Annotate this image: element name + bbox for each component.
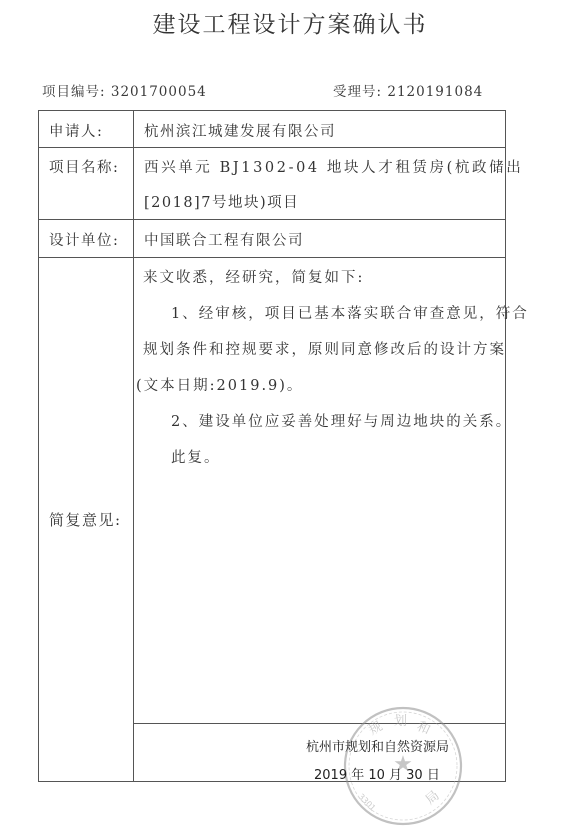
- reply-opinion-label: 简复意见:: [49, 509, 122, 530]
- acceptance-number-value: 2120191084: [387, 84, 483, 100]
- design-unit-label: 设计单位:: [49, 229, 119, 250]
- project-number: 项目编号: 3201700054: [42, 80, 207, 100]
- project-number-label: 项目编号:: [42, 84, 106, 100]
- row-divider: [39, 147, 505, 148]
- svg-text:局: 局: [423, 788, 443, 808]
- applicant-value: 杭州滨江城建发展有限公司: [144, 120, 336, 141]
- reply-item-1-line-3: (文本日期:2019.9)。: [136, 374, 303, 395]
- row-divider: [39, 219, 505, 220]
- applicant-label: 申请人:: [49, 120, 103, 141]
- acceptance-number-label: 受理号:: [333, 84, 382, 100]
- issue-date: 2019 年 10 月 30 日: [314, 764, 440, 783]
- reply-item-1-line-1: 1、经审核，项目已基本落实联合审查意见，符合: [171, 302, 529, 323]
- project-name-line-1: 西兴单元 BJ1302-04 地块人才租赁房(杭政储出: [144, 156, 523, 177]
- project-name-line-2: [2018]7号地块)项目: [144, 191, 299, 212]
- column-divider: [133, 111, 134, 781]
- confirmation-table: 申请人: 杭州滨江城建发展有限公司 项目名称: 西兴单元 BJ1302-04 地…: [38, 110, 506, 782]
- project-name-label: 项目名称:: [49, 156, 119, 177]
- issuing-authority: 杭州市规划和自然资源局: [306, 736, 449, 755]
- reply-intro: 来文收悉，经研究，简复如下:: [143, 266, 364, 287]
- row-divider: [39, 257, 505, 258]
- reply-item-1-line-2: 规划条件和控规要求，原则同意修改后的设计方案: [143, 338, 506, 359]
- document-title: 建设工程设计方案确认书: [0, 6, 580, 39]
- svg-text:3301: 3301: [357, 792, 378, 813]
- design-unit-value: 中国联合工程有限公司: [144, 229, 304, 250]
- signoff-divider: [133, 723, 505, 724]
- reply-closing: 此复。: [171, 446, 221, 467]
- project-number-value: 3201700054: [111, 84, 207, 100]
- acceptance-number: 受理号: 2120191084: [333, 80, 483, 100]
- reply-item-2: 2、建设单位应妥善处理好与周边地块的关系。: [171, 410, 512, 431]
